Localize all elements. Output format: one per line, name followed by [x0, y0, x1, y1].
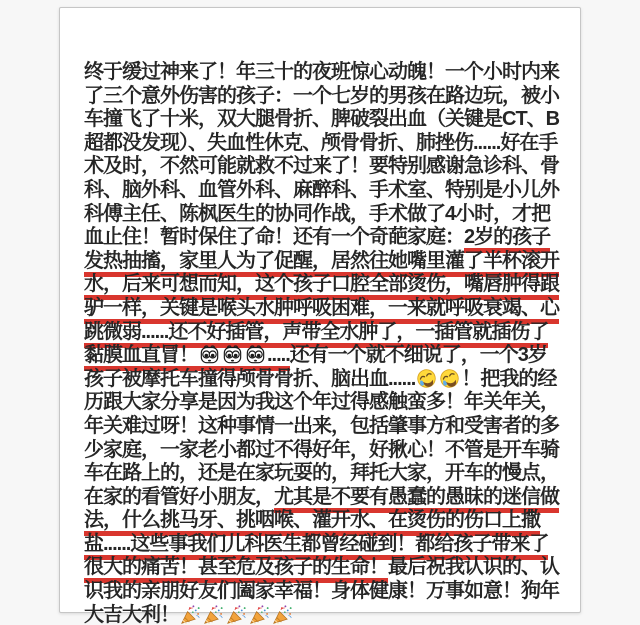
text-segment: 终于缓过神来了！年三十的夜班惊心动魄！一个小时内来了三个意外伤害的孩子：一个七岁…	[84, 61, 559, 248]
laughing-crying-face-emoji	[416, 368, 437, 389]
post-text: 终于缓过神来了！年三十的夜班惊心动魄！一个小时内来了三个意外伤害的孩子：一个七岁…	[84, 61, 561, 625]
party-popper-emoji	[203, 604, 224, 625]
teary-bw-face-emoji	[222, 344, 243, 365]
text-segment	[415, 368, 461, 390]
post-card: 终于缓过神来了！年三十的夜班惊心动魄！一个小时内来了三个意外伤害的孩子：一个七岁…	[59, 7, 581, 613]
party-popper-emoji	[249, 604, 270, 625]
party-popper-emoji	[272, 604, 293, 625]
laughing-crying-face-emoji	[439, 368, 460, 389]
teary-bw-face-emoji	[199, 344, 220, 365]
party-popper-emoji	[180, 604, 201, 625]
page-background: { "colors": { "text": "#262626", "underl…	[0, 0, 640, 625]
party-popper-emoji	[226, 604, 247, 625]
text-segment	[179, 604, 294, 625]
teary-bw-face-emoji	[245, 344, 266, 365]
